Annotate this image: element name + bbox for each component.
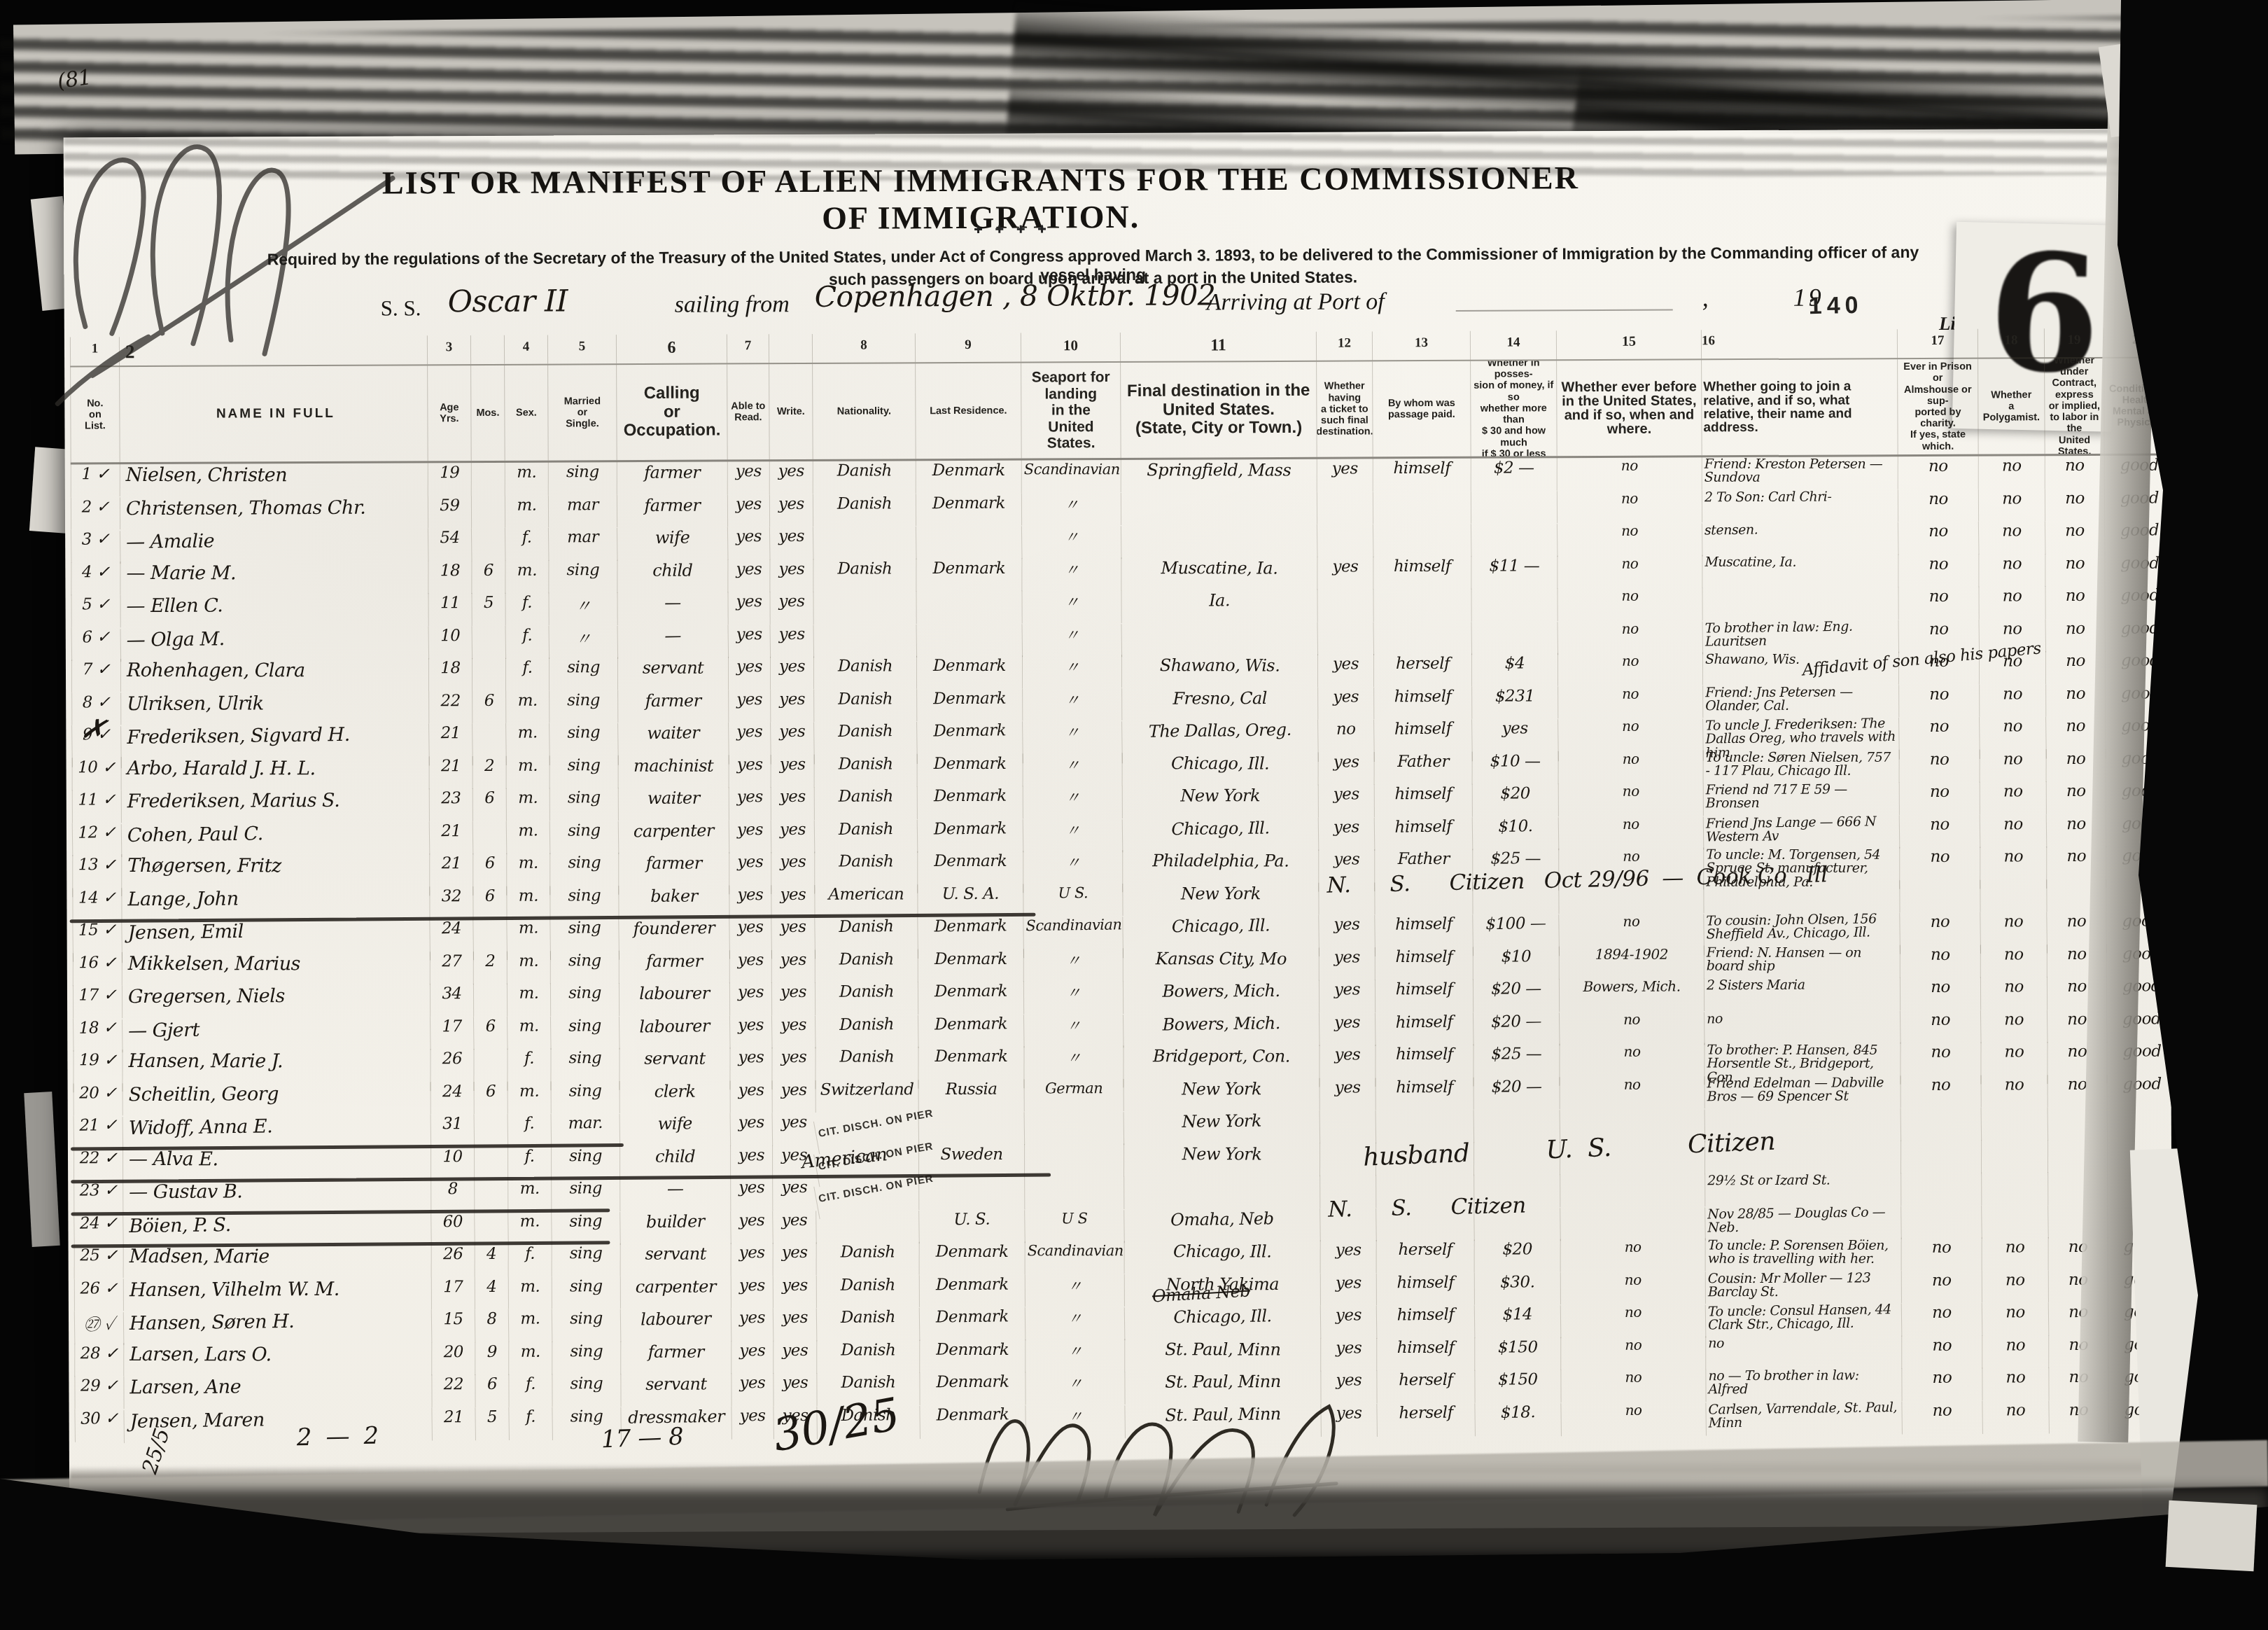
cell-no: 3 ✓ [71, 529, 120, 562]
cell-mar: sing [551, 1081, 619, 1114]
bottom-paper-fragment [2166, 1500, 2257, 1571]
column-number-tick: 12 [1316, 331, 1372, 360]
cell-dest: Chicago, Ill. [1124, 1305, 1321, 1340]
cell-yrs: 20 [431, 1342, 475, 1375]
cell-read: yes [731, 1341, 773, 1374]
cell-yrs: 21 [429, 821, 473, 854]
cell-read: yes [731, 1243, 773, 1276]
cell-before: no [1560, 1272, 1705, 1304]
cell-sex: m. [506, 755, 549, 788]
column-header-mos: Mos. [470, 365, 505, 461]
cell-name: — Olga M. [120, 625, 429, 661]
cell-rel: To uncle: P. Sorensen Böien, who is trav… [1705, 1239, 1901, 1272]
cell-prison: no [1901, 1270, 1982, 1303]
cell-mar: sing [552, 1342, 620, 1374]
column-header-sex: Sex. [504, 365, 548, 461]
cell-money: $10 [1473, 947, 1559, 980]
crossed-destination: Omaha Neb [1151, 1283, 1250, 1305]
cell-read: yes [728, 624, 771, 657]
cell-mar: sing [548, 462, 617, 495]
cell-rel: To uncle: Søren Nielsen, 757 - 117 Plau,… [1703, 750, 1899, 783]
cell-sea: 〃 [1023, 981, 1123, 1014]
cell-dest: Bowers, Mich. [1123, 980, 1319, 1014]
cell-paid [1373, 491, 1471, 524]
cell-nat: Danish [813, 559, 916, 592]
cell-mos [472, 658, 505, 691]
cell-name: Christensen, Thomas Chr. [120, 496, 428, 529]
cell-mos: 6 [473, 1016, 507, 1049]
cell-sex: f. [505, 625, 549, 658]
cell-paid: himself [1373, 557, 1471, 590]
cell-prison: no [1900, 1010, 1981, 1043]
cell-write: yes [772, 1080, 815, 1113]
column-header-rel: Whether going to join a relative, and if… [1701, 359, 1898, 455]
cell-name: Hansen, Søren H. [123, 1308, 432, 1344]
cell-rel: Muscatine, Ia. [1702, 555, 1898, 587]
cell-rel: Carlsen, Varrendale, St. Paul, Minn [1705, 1400, 1902, 1435]
column-header-occ: Calling or Occupation. [616, 364, 727, 460]
column-number-contract: 19 [2044, 328, 2103, 357]
cell-nat: Danish [815, 949, 918, 982]
cell-sex: m. [507, 951, 550, 984]
cell-money: $10. [1472, 816, 1559, 849]
column-number-occ: 6 [616, 334, 727, 363]
cell-mos [474, 1114, 508, 1147]
cell-name: Hansen, Vilhelm W. M. [123, 1277, 431, 1311]
cell-yrs: 8 [430, 1179, 474, 1212]
cell-mar: sing [550, 983, 619, 1016]
cell-name: Cohen, Paul C. [121, 820, 430, 856]
cell-sex: m. [507, 1081, 551, 1114]
cell-poly: no [1981, 1075, 2047, 1108]
column-number-nat: 8 [812, 333, 915, 363]
cell-rel: no — To brother in law: Alfred [1705, 1368, 1901, 1402]
cell-yrs: 17 [431, 1277, 475, 1310]
cell-res: Denmark [917, 753, 1023, 786]
cell-mar: sing [549, 886, 618, 919]
cell-nat [813, 623, 917, 657]
cell-dest [1121, 492, 1317, 525]
cell-read: yes [727, 559, 769, 592]
cell-prison: no [1901, 1368, 1982, 1401]
cell-mos: 6 [475, 1374, 508, 1407]
cell-money: $20 — [1473, 1011, 1560, 1045]
column-headers-row: No. on List.NAME IN FULLAge Yrs.Mos.Sex.… [70, 358, 2248, 465]
cell-dest: St. Paul, Minn [1124, 1339, 1320, 1372]
cell-dest: Chicago, Ill. [1122, 753, 1318, 786]
cell-poly: no [1978, 456, 2045, 489]
sailing-from-label: sailing from [675, 291, 790, 319]
cell-read: yes [728, 657, 770, 690]
cell-mos: 6 [472, 690, 505, 723]
cell-sea: 〃 [1023, 949, 1123, 982]
cell-no: 24 ✓ [73, 1213, 123, 1246]
cell-no: 23 ✓ [73, 1180, 122, 1213]
cell-occ: labourer [620, 1308, 731, 1342]
cell-read: yes [730, 1080, 772, 1113]
cell-paid: himself [1374, 784, 1472, 817]
cell-mar: mar [548, 495, 617, 528]
cell-read: yes [729, 950, 771, 983]
cell-mar: sing [551, 1178, 619, 1211]
total-occupations: 17 — 8 [601, 1425, 684, 1452]
cell-poly: no [1978, 521, 2045, 555]
cell-dest: Springfield, Mass [1121, 459, 1317, 492]
cell-mar: sing [549, 788, 618, 821]
column-header-money: Whether in posses- sion of money, if so … [1470, 361, 1557, 457]
cell-no: 17 ✓ [73, 985, 122, 1018]
cell-yrs: 31 [430, 1114, 475, 1147]
cell-yrs: 24 [430, 1082, 474, 1115]
cell-res: Denmark [919, 1339, 1025, 1372]
cell-write: yes [770, 689, 813, 722]
cell-no: 4 ✓ [71, 562, 120, 595]
cell-nat [813, 526, 916, 559]
cell-paid: himself [1373, 459, 1471, 492]
cell-read: yes [729, 1015, 772, 1047]
cell-res: Denmark [918, 949, 1023, 982]
cell-yrs: 22 [431, 1374, 475, 1407]
cell-nat: Danish [813, 461, 916, 494]
cell-mos: 5 [472, 593, 505, 626]
cell-no: ㉗ ✓ [74, 1311, 124, 1344]
cell-dest: Ia. [1121, 590, 1317, 623]
cell-contract: no [2045, 488, 2104, 521]
cell-res: Denmark [916, 688, 1022, 721]
cell-poly [1981, 1172, 2047, 1205]
column-header-read: Able to Read. [727, 364, 769, 459]
cell-nat: American [814, 884, 917, 917]
cell-sea: 〃 [1021, 590, 1121, 623]
cell-rel: no [1705, 1336, 1901, 1369]
cell-occ: carpenter [620, 1276, 731, 1309]
cell-no: 11 ✓ [72, 790, 121, 823]
cell-mar: sing [552, 1374, 620, 1407]
cell-occ: — [619, 1178, 730, 1211]
cell-name: — Ellen C. [120, 593, 428, 627]
cell-mos: 8 [475, 1309, 509, 1342]
cell-sex: m. [505, 495, 548, 528]
cell-res: U. S. [918, 1208, 1025, 1242]
cell-nat: Danish [813, 689, 916, 722]
cell-money: $20 [1474, 1239, 1560, 1272]
cell-write: yes [771, 755, 814, 788]
cell-read: yes [730, 1145, 772, 1178]
cell-mos: 6 [474, 1081, 507, 1114]
cell-rel: Friend: Jns Petersen — Olander, Cal. [1702, 685, 1898, 718]
cell-prison: no [1898, 684, 1979, 717]
cell-tick: yes [1320, 1305, 1377, 1339]
cell-nat: Danish [813, 494, 916, 527]
cell-paid: himself [1376, 1304, 1475, 1338]
cell-res: Denmark [919, 1307, 1025, 1340]
cell-nat: Danish [816, 1340, 919, 1373]
cell-write: yes [773, 1275, 816, 1308]
cell-read: yes [728, 592, 770, 625]
cell-occ: farmer [617, 690, 728, 723]
cell-before: Bowers, Mich. [1559, 978, 1704, 1011]
cell-paid: herself [1376, 1240, 1474, 1273]
cell-res: Denmark [916, 558, 1021, 591]
cell-money [1471, 620, 1557, 654]
cell-mos [474, 1211, 508, 1244]
cell-write: yes [772, 1113, 816, 1145]
cell-res: Denmark [917, 818, 1023, 851]
cell-before: no [1557, 522, 1702, 556]
cell-mos [474, 1146, 507, 1179]
cell-sea: Scandinavian [1025, 1241, 1124, 1274]
cell-nat: Danish [815, 1014, 918, 1047]
cell-no: 29 ✓ [74, 1376, 123, 1409]
cell-occ: waiter [618, 787, 729, 820]
cell-mos: 2 [472, 755, 506, 788]
cell-read: yes [728, 690, 770, 723]
column-header-nat: Nationality. [812, 363, 916, 459]
column-header-name: NAME IN FULL [119, 365, 428, 462]
cell-yrs: 11 [428, 593, 472, 626]
cell-sex: m. [507, 984, 550, 1017]
cell-poly: no [1982, 1302, 2049, 1336]
cell-mos: 4 [475, 1276, 508, 1309]
cell-before: no [1559, 1010, 1704, 1045]
cell-prison: no [1901, 1335, 1982, 1368]
cell-prison [1900, 1173, 1981, 1206]
cell-before: no [1557, 555, 1702, 588]
cell-mar: sing [549, 690, 617, 723]
cell-rel: Friend nd 717 E 59 — Bronsen [1703, 782, 1899, 816]
cell-res: Sweden [918, 1144, 1024, 1177]
cell-name: Gregersen, Niels [122, 984, 430, 1017]
cell-paid: himself [1375, 1012, 1473, 1045]
cell-occ: servant [620, 1244, 731, 1276]
cell-rel: Friend: Kreston Petersen — Sundova [1702, 457, 1898, 490]
cell-nat: Danish [814, 786, 917, 819]
cell-res [916, 525, 1022, 559]
cell-money: $20 — [1473, 1077, 1560, 1110]
cell-rel: stensen. [1702, 521, 1898, 556]
cell-yrs: 59 [428, 496, 471, 529]
cell-nat: Danish [814, 754, 917, 787]
cell-write: yes [771, 819, 815, 852]
cell-tick: yes [1320, 1241, 1376, 1274]
cell-name: Mikkelsen, Marius [122, 952, 430, 985]
cell-prison [1899, 879, 1980, 912]
cell-write: yes [770, 624, 814, 657]
cell-tick [1317, 622, 1373, 655]
cell-mar: sing [551, 1146, 619, 1179]
cell-yrs: 23 [429, 788, 472, 821]
cell-nat: Danish [816, 1243, 919, 1276]
column-number-paid: 13 [1372, 331, 1470, 361]
cell-money: $4 [1471, 653, 1557, 686]
cell-sex: m. [508, 1309, 552, 1342]
column-number-dest: 11 [1120, 332, 1316, 361]
cell-res [918, 1177, 1024, 1210]
cell-paid: Father [1374, 752, 1472, 785]
cell-poly: no [1982, 1270, 2048, 1303]
cell-before: no [1560, 1239, 1705, 1272]
year-blank: , 19 [1702, 283, 1824, 313]
cell-tick: yes [1320, 1273, 1376, 1306]
cell-res: Denmark [916, 656, 1022, 689]
cell-res: Denmark [919, 1274, 1025, 1307]
cell-paid: herself [1373, 654, 1471, 687]
cell-write: yes [772, 1210, 816, 1243]
cell-dest: New York [1122, 785, 1318, 819]
cell-mar: 〃 [549, 625, 618, 658]
cell-poly [1981, 1204, 2048, 1238]
cell-write: yes [771, 982, 815, 1015]
column-number-mar: 5 [547, 335, 616, 363]
cell-occ: farmer [620, 1341, 731, 1374]
column-number-res: 9 [915, 333, 1021, 363]
cell-yrs: 32 [429, 886, 472, 919]
cell-sea: 〃 [1022, 655, 1121, 688]
cell-poly: no [1980, 814, 2047, 847]
cell-money: $20 [1472, 783, 1558, 816]
cell-paid: herself [1376, 1402, 1475, 1436]
cell-poly: no [1982, 1367, 2048, 1400]
cell-mar: sing [552, 1276, 620, 1309]
cell-prison: no [1898, 587, 1978, 620]
cell-yrs: 54 [428, 528, 472, 561]
column-header-no: No. on List. [70, 367, 120, 462]
cell-mos [471, 495, 505, 528]
cell-before: no [1557, 620, 1702, 654]
cell-contract: no [2045, 520, 2105, 554]
cell-poly: no [1980, 977, 2047, 1010]
column-header-contract: Whether under Contract, express or impli… [2044, 358, 2104, 454]
cell-nat: Danish [813, 657, 916, 690]
cell-no: 28 ✓ [74, 1344, 123, 1377]
cell-mar: sing [550, 1015, 619, 1049]
cell-poly: no [1980, 749, 2046, 782]
ss-label: S. S. [381, 295, 421, 321]
cell-no: 21 ✓ [73, 1115, 123, 1148]
cell-write: yes [771, 884, 814, 917]
column-header-dest: Final destination in the United States. … [1120, 362, 1317, 458]
cell-no: 10 ✓ [72, 758, 121, 790]
cell-write: yes [769, 559, 813, 592]
cell-poly [1980, 879, 2046, 912]
cell-prison: no [1898, 489, 1978, 522]
cell-read: yes [729, 819, 771, 852]
cell-read: yes [729, 755, 771, 788]
cell-no: 2 ✓ [71, 497, 120, 530]
cell-sex: m. [506, 788, 549, 821]
cell-occ: servant [620, 1373, 731, 1406]
cell-sea: 〃 [1023, 753, 1122, 786]
cell-yrs: 21 [429, 756, 472, 789]
column-header-mar: Married or Single. [547, 365, 617, 460]
cell-no: 18 ✓ [73, 1017, 122, 1050]
cell-prison: no [1900, 1075, 1981, 1108]
cell-rel: Friend: N. Hansen — on board ship [1704, 945, 1900, 978]
cell-yrs: 17 [430, 1016, 474, 1049]
cell-dest [1123, 1176, 1319, 1209]
cell-sea: 〃 [1025, 1339, 1124, 1372]
cell-name: Lange, John [121, 886, 429, 920]
paper-corner-sliver [24, 1092, 59, 1247]
cell-prison: no [1899, 749, 1980, 782]
cell-money: $14 [1474, 1304, 1561, 1338]
cell-sea: German [1024, 1078, 1123, 1111]
cell-name: Rohenhagen, Clara [120, 659, 428, 692]
cell-tick: yes [1319, 1012, 1375, 1046]
page-number-stamp: 140 [1808, 292, 1863, 321]
cell-name: — Alva E. [122, 1148, 430, 1180]
cell-sea: 〃 [1023, 1013, 1123, 1047]
cell-mos [472, 821, 507, 854]
cell-dest: Muscatine, Ia. [1121, 557, 1317, 590]
cell-paid: himself [1376, 1272, 1474, 1305]
cell-occ: child [619, 1145, 730, 1178]
cell-name: Frederiksen, Marius S. [121, 788, 429, 822]
cell-tick: yes [1317, 557, 1373, 590]
cell-before: no [1560, 1303, 1706, 1337]
cell-tick: yes [1319, 980, 1375, 1012]
cell-mar: mar. [551, 1113, 620, 1147]
cell-occ: — [617, 624, 729, 658]
cell-paid: himself [1375, 980, 1473, 1012]
cell-rel: Cousin: Mr Moller — 123 Barclay St. [1705, 1271, 1901, 1304]
cell-money: $10 — [1472, 751, 1558, 784]
cell-tick: yes [1317, 655, 1373, 688]
cell-sea: 〃 [1025, 1274, 1124, 1307]
cell-write: yes [773, 1373, 816, 1406]
cell-sex: m. [505, 690, 549, 723]
cell-read: yes [731, 1308, 773, 1341]
cell-mos [471, 528, 505, 561]
cell-before: no [1557, 458, 1702, 491]
cell-occ: carpenter [618, 819, 729, 854]
cell-rel: Friend Jns Lange — 666 N Western Av [1703, 814, 1900, 849]
cell-nat: Danish [816, 1307, 920, 1341]
cell-res: Denmark [916, 493, 1021, 526]
cell-read: yes [729, 885, 771, 918]
cell-write: yes [773, 1243, 816, 1276]
cell-occ: — [617, 592, 728, 625]
cell-sea [1024, 1144, 1123, 1177]
cell-tick: yes [1319, 1078, 1375, 1110]
cell-yrs: 60 [430, 1211, 475, 1244]
cell-prison: no [1898, 457, 1978, 489]
cell-res [916, 591, 1021, 624]
cell-paid [1373, 589, 1471, 622]
cell-sex: f. [507, 1146, 551, 1179]
cell-before: no [1558, 751, 1703, 783]
cell-before: no [1560, 1076, 1704, 1109]
cell-prison: no [1901, 1238, 1982, 1271]
cell-money [1471, 491, 1557, 524]
cell-money [1471, 588, 1557, 621]
cell-tick [1317, 589, 1373, 622]
cell-sea: 〃 [1023, 786, 1122, 819]
column-number-money: 14 [1470, 330, 1556, 360]
cell-read: yes [727, 461, 769, 494]
cell-read: yes [729, 982, 771, 1015]
manifest-sheet: LIST OR MANIFEST OF ALIEN IMMIGRANTS FOR… [64, 128, 2173, 1534]
cell-res: U. S. A. [917, 884, 1023, 917]
cell-no: 22 ✓ [73, 1148, 122, 1181]
column-header-yrs: Age Yrs. [427, 365, 471, 461]
cell-sex: m. [505, 463, 548, 496]
cell-occ: child [617, 559, 727, 592]
cell-dest: Omaha, Neb [1123, 1207, 1320, 1242]
cell-res: Russia [918, 1079, 1024, 1112]
cell-contract: no [2045, 456, 2104, 489]
cell-dest: Chicago, Ill. [1124, 1241, 1320, 1274]
